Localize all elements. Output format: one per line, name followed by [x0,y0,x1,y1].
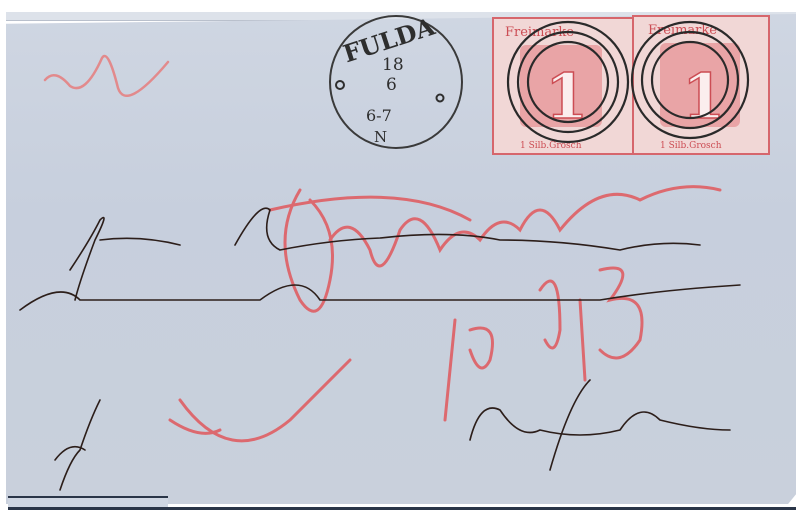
svg-text:N: N [374,128,387,146]
red-manuscript [170,187,720,441]
svg-text:1 Silb.Grosch: 1 Silb.Grosch [660,141,722,151]
svg-text:6-7: 6-7 [366,106,392,125]
svg-text:18: 18 [382,55,404,75]
red-squiggle-mark [45,56,168,96]
fulda-postmark: FULDA 18 6 6-7 N [330,12,462,148]
svg-text:6: 6 [386,75,397,95]
svg-text:1: 1 [682,60,725,133]
stamp-pair: Freimarke Freimarke 1 1 1 Silb.Grosch 1 … [493,16,769,154]
cover-markings: FULDA 18 6 6-7 N Freimarke Freimarke 1 1… [0,0,801,516]
